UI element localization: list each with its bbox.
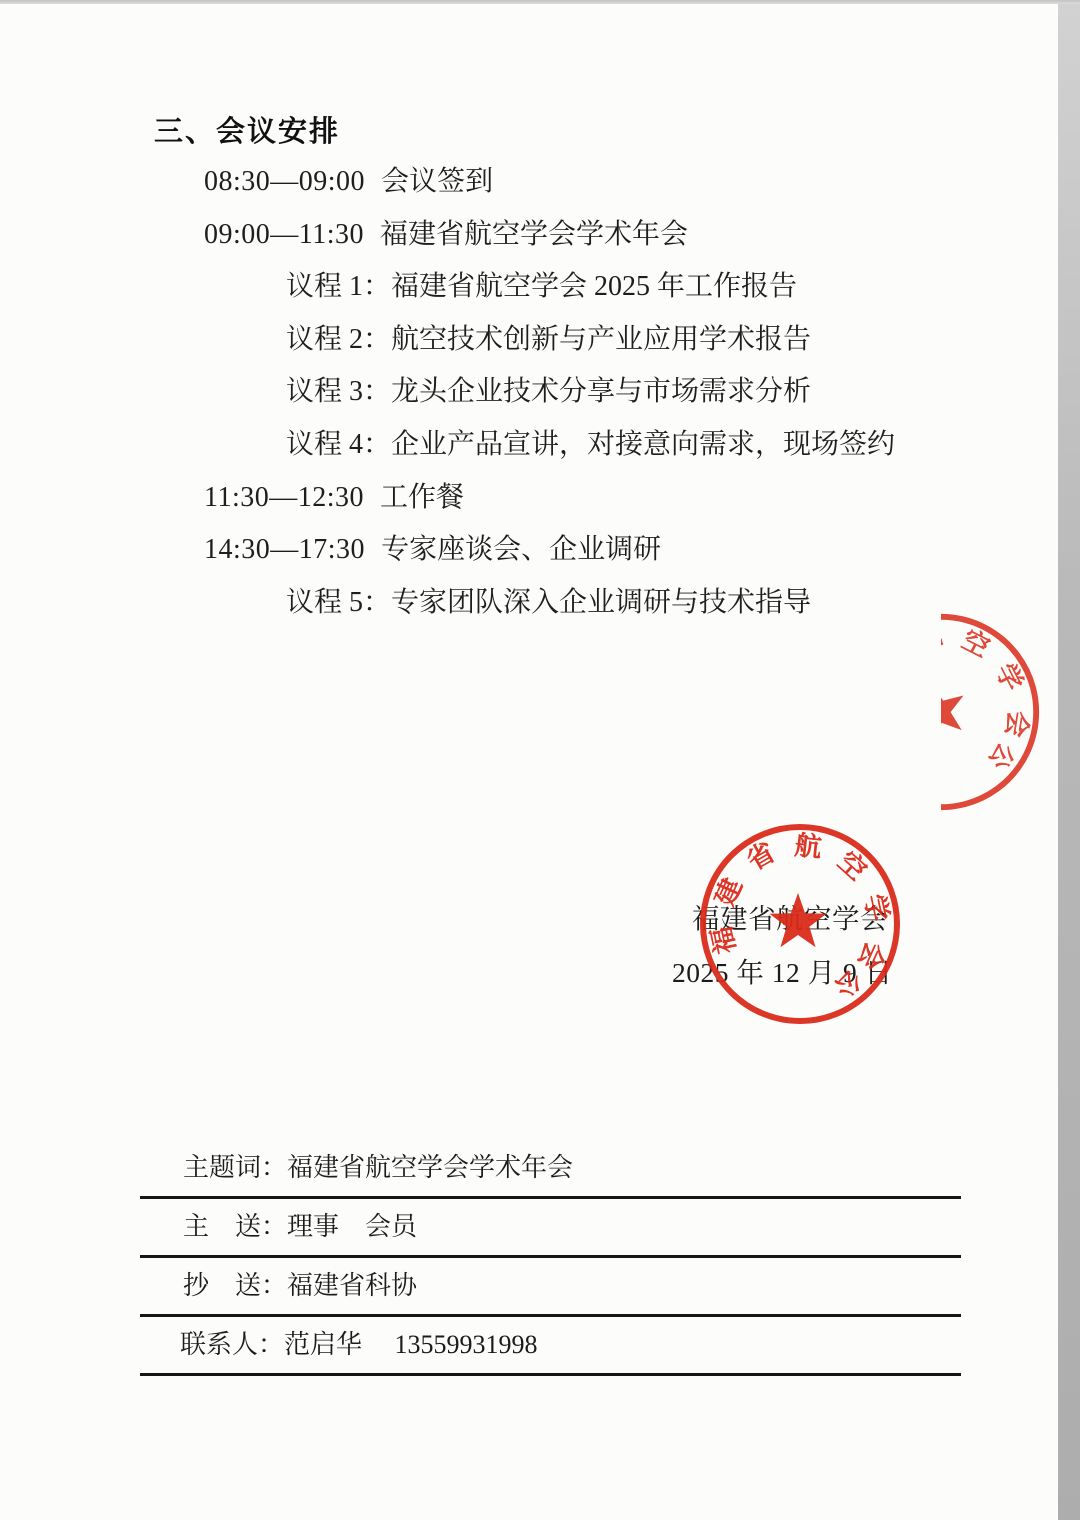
seal-ring-char: 空: [832, 845, 873, 886]
schedule-desc: 议程 1：福建省航空学会 2025 年工作报告: [286, 271, 797, 302]
routing-table: 主题词：福建省航空学会学术年会主 送：理事 会员抄 送：福建省科协联系人：范启华…: [140, 1140, 961, 1376]
seal-bottom-char: 公: [983, 738, 1020, 774]
section-heading: 三、会议安排: [154, 109, 340, 150]
seal-ring-char: 省: [867, 637, 907, 677]
routing-label: 抄 送：: [183, 1269, 287, 1302]
schedule-time-row: 11:30—12:30工作餐: [0, 472, 1040, 525]
routing-value: 范启华 13559931998: [284, 1330, 538, 1359]
seal-ring-char: 省: [742, 837, 780, 876]
routing-row: 主 送：理事 会员: [140, 1199, 961, 1258]
schedule-time: 09:00—11:30: [204, 219, 364, 250]
top-edge-strip: [0, 0, 1080, 4]
seal-ring-char: 空: [957, 624, 995, 663]
schedule-agenda-row: 议程 1：福建省航空学会 2025 年工作报告: [0, 261, 1040, 314]
seal-ring-char: 学: [990, 659, 1029, 697]
schedule-desc: 专家座谈会、企业调研: [381, 534, 661, 565]
routing-row: 主题词：福建省航空学会学术年会: [140, 1140, 961, 1199]
schedule-time: 14:30—17:30: [204, 534, 365, 565]
routing-label: 联系人：: [180, 1328, 284, 1361]
routing-label: 主 送：: [183, 1210, 287, 1243]
seal-ring-char: 会: [1000, 709, 1034, 740]
seal-star-icon: [904, 676, 972, 742]
schedule-desc: 会议签到: [381, 166, 493, 197]
schedule-desc: 福建省航空学会学术年会: [380, 219, 688, 250]
document-page: 三、会议安排 08:30—09:00会议签到09:00—11:30福建省航空学会…: [0, 0, 1080, 1520]
routing-label: 主题词：: [183, 1151, 287, 1184]
seal-ring-char: 福: [853, 728, 892, 765]
routing-value: 福建省科协: [287, 1271, 417, 1300]
seal-ring-circle: [824, 595, 1057, 828]
routing-value: 福建省航空学会学术年会: [287, 1153, 573, 1182]
schedule-agenda-row: 议程 5：专家团队深入企业调研与技术指导: [0, 577, 1040, 630]
right-edge-strip: [1058, 0, 1080, 1520]
schedule-desc: 议程 2：航空技术创新与产业应用学术报告: [286, 324, 811, 355]
schedule-time: 11:30—12:30: [204, 482, 364, 513]
signature-org: 福建省航空学会: [692, 896, 888, 936]
schedule-desc: 议程 4：企业产品宣讲，对接意向需求，现场签约: [286, 429, 895, 460]
schedule-agenda-row: 议程 2：航空技术创新与产业应用学术报告: [0, 314, 1040, 367]
official-seal-partial: 福建省航空学会公: [837, 608, 1045, 816]
schedule-desc: 工作餐: [380, 482, 464, 513]
schedule-list: 08:30—09:00会议签到09:00—11:30福建省航空学会学术年会议程 …: [0, 156, 1040, 629]
seal-ring-char: 建: [848, 684, 882, 715]
routing-row: 抄 送：福建省科协: [140, 1258, 961, 1317]
schedule-time-row: 14:30—17:30专家座谈会、企业调研: [0, 524, 1040, 577]
routing-value: 理事 会员: [287, 1212, 417, 1241]
schedule-time-row: 09:00—11:30福建省航空学会学术年会: [0, 209, 1040, 262]
schedule-desc: 议程 5：专家团队深入企业调研与技术指导: [286, 587, 811, 618]
schedule-agenda-row: 议程 4：企业产品宣讲，对接意向需求，现场签约: [0, 419, 1040, 472]
signature-date: 2025 年 12 月 9 日: [672, 950, 893, 990]
seal-ring-char: 航: [793, 830, 823, 863]
schedule-agenda-row: 议程 3：龙头企业技术分享与市场需求分析: [0, 366, 1040, 419]
schedule-desc: 议程 3：龙头企业技术分享与市场需求分析: [286, 376, 811, 407]
schedule-time: 08:30—09:00: [204, 166, 365, 197]
routing-row: 联系人：范启华 13559931998: [140, 1317, 961, 1376]
schedule-time-row: 08:30—09:00会议签到: [0, 156, 1040, 209]
